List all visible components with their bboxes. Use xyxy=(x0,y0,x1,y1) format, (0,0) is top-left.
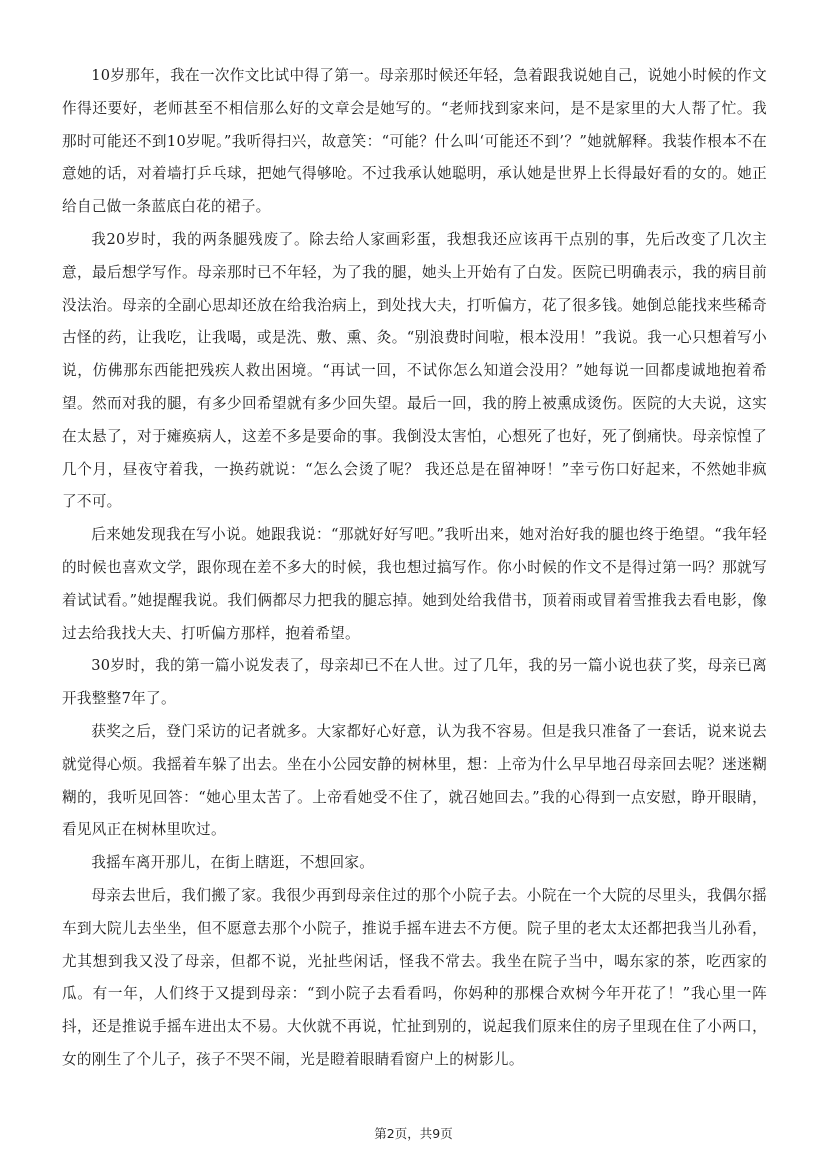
document-body: 10岁那年，我在一次作文比试中得了第一。母亲那时候还年轻，急着跟我说她自己，说她… xyxy=(62,60,767,1077)
paragraph-4: 30岁时，我的第一篇小说发表了，母亲却已不在人世。过了几年，我的另一篇小说也获了… xyxy=(62,650,767,716)
paragraph-5: 获奖之后，登门采访的记者就多。大家都好心好意，认为我不容易。但是我只准备了一套话… xyxy=(62,716,767,847)
page-indicator: 第2页，共9页 xyxy=(374,1126,452,1141)
paragraph-1: 10岁那年，我在一次作文比试中得了第一。母亲那时候还年轻，急着跟我说她自己，说她… xyxy=(62,60,767,224)
paragraph-3: 后来她发现我在写小说。她跟我说：“那就好好写吧。”我听出来，她对治好我的腿也终于… xyxy=(62,519,767,650)
paragraph-6: 我摇车离开那儿，在街上瞎逛，不想回家。 xyxy=(62,847,767,880)
paragraph-2: 我20岁时，我的两条腿残废了。除去给人家画彩蛋，我想我还应该再干点别的事，先后改… xyxy=(62,224,767,519)
paragraph-7: 母亲去世后，我们搬了家。我很少再到母亲住过的那个小院子去。小院在一个大院的尽里头… xyxy=(62,880,767,1077)
page-footer: 第2页，共9页 xyxy=(0,1124,827,1142)
